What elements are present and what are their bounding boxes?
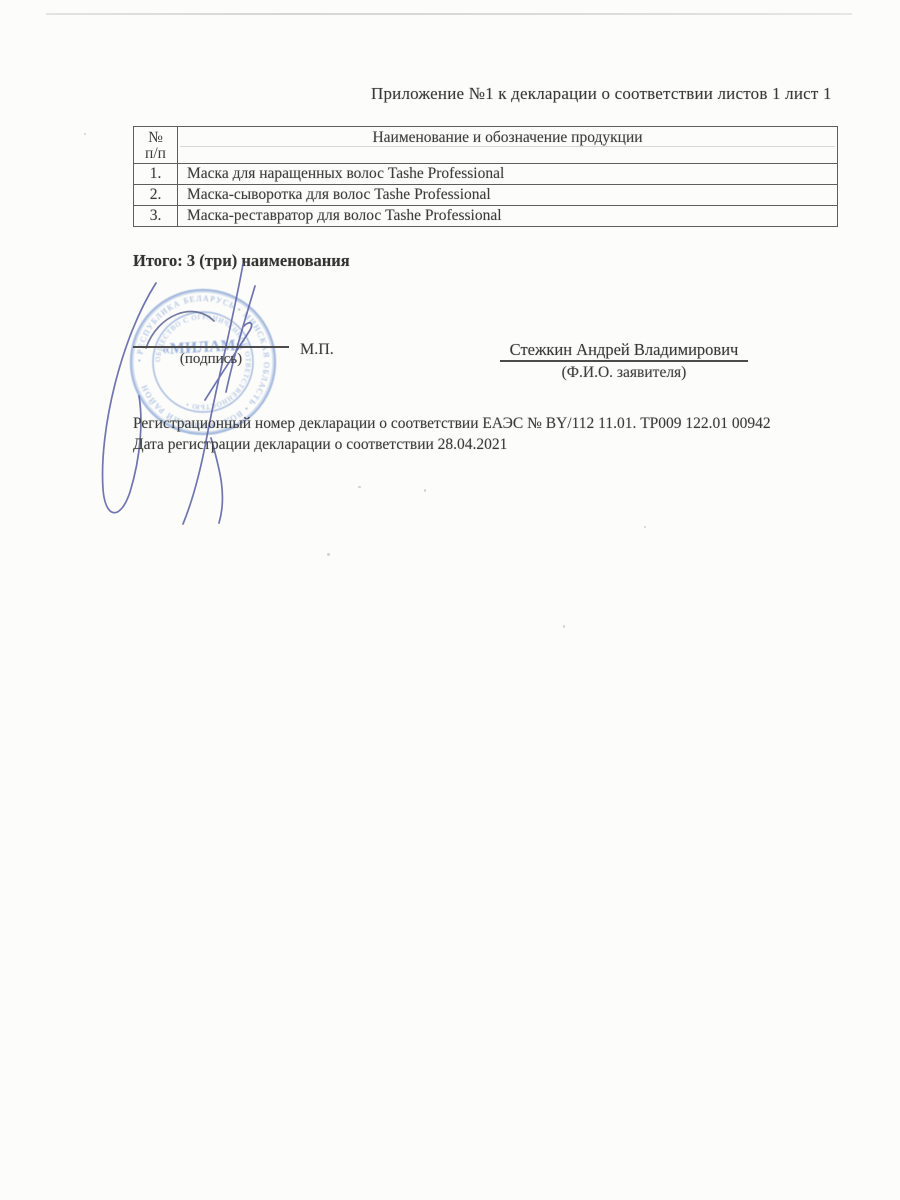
table-cell-product: Маска для наращенных волос Tashe Profess… — [178, 164, 838, 185]
products-table: № п/п Наименование и обозначение продукц… — [133, 126, 838, 227]
registration-date-line: Дата регистрации декларации о соответств… — [133, 436, 507, 454]
header-num-line1: № — [148, 129, 163, 146]
header-product-label: Наименование и обозначение продукции — [372, 129, 642, 146]
registration-number-line: Регистрационный номер декларации о соотв… — [133, 415, 771, 433]
scan-speck — [327, 553, 330, 556]
signature-stroke — [146, 312, 214, 348]
scan-edge-artifact — [46, 13, 852, 15]
document-title: Приложение №1 к декларации о соответстви… — [371, 84, 832, 104]
table-header-num: № п/п — [134, 127, 178, 164]
table-header-row: № п/п Наименование и обозначение продукц… — [134, 127, 838, 164]
signature-caption: (подпись) — [133, 351, 289, 368]
scan-speck — [424, 489, 426, 492]
table-row: 3. Маска-реставратор для волос Tashe Pro… — [134, 206, 838, 227]
scan-speck — [84, 133, 86, 135]
signature-stroke — [103, 283, 156, 513]
scan-speck — [644, 526, 646, 528]
scan-speck — [358, 486, 361, 488]
scan-speck — [563, 625, 565, 628]
table-cell-num: 1. — [134, 164, 178, 185]
applicant-caption: (Ф.И.О. заявителя) — [500, 364, 748, 382]
table-cell-num: 2. — [134, 185, 178, 206]
seal-place-label: М.П. — [300, 341, 334, 359]
handwritten-signature — [103, 264, 255, 524]
table-cell-product: Маска-сыворотка для волос Tashe Professi… — [178, 185, 838, 206]
table-cell-num: 3. — [134, 206, 178, 227]
totals-line: Итого: 3 (три) наименования — [133, 251, 350, 271]
scan-artifact-line — [180, 146, 835, 147]
table-row: 1. Маска для наращенных волос Tashe Prof… — [134, 164, 838, 185]
table-row: 2. Маска-сыворотка для волос Tashe Profe… — [134, 185, 838, 206]
applicant-name-line — [500, 360, 748, 362]
signature-line — [133, 346, 289, 348]
table-header-product: Наименование и обозначение продукции — [178, 127, 838, 164]
table-cell-product: Маска-реставратор для волос Tashe Profes… — [178, 206, 838, 227]
signature-stroke — [226, 286, 255, 392]
applicant-name: Стежкин Андрей Владимирович — [500, 340, 748, 360]
scanned-document-page: Приложение №1 к декларации о соответстви… — [0, 0, 900, 1200]
header-num-line2: п/п — [145, 145, 166, 162]
signature-stroke — [183, 264, 243, 524]
